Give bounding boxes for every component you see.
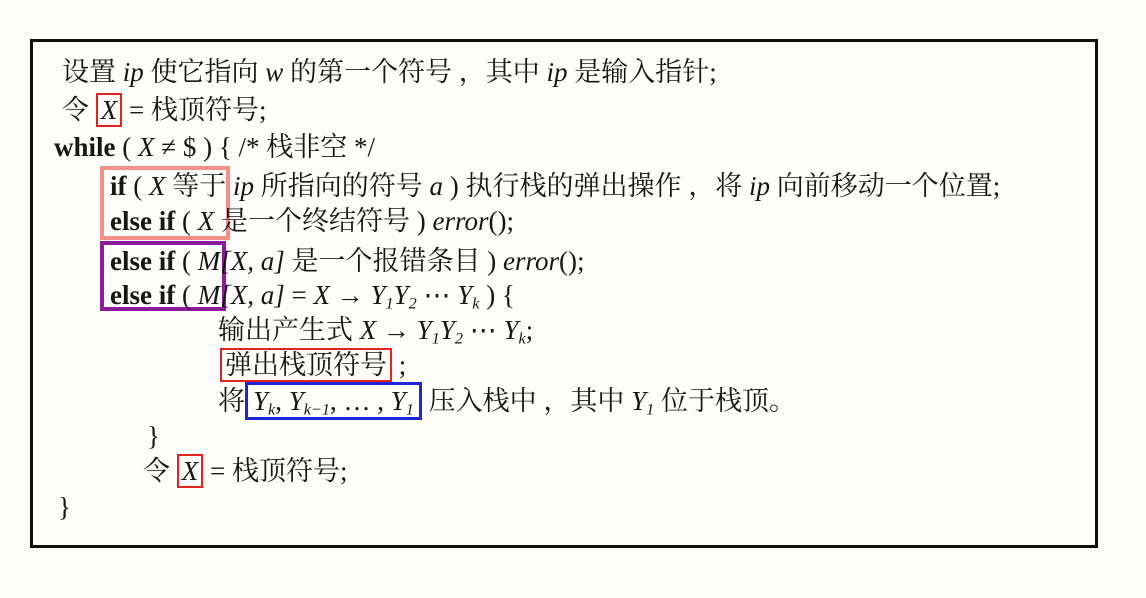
subscript: 1 <box>646 401 654 419</box>
cjk-text: 是输入指针; <box>568 57 717 87</box>
variable-Y: Y <box>417 315 432 345</box>
variable-ip: ip <box>749 171 770 201</box>
comment-text: /* 栈非空 */ <box>239 132 376 162</box>
code-line: 设置 ip 使它指向 w 的第一个符号 ，其中 ip 是输入指针; <box>62 57 717 87</box>
variable-X: X <box>138 132 155 162</box>
table-entry-MXa: M[X, a] <box>198 246 285 276</box>
subscript: k−1 <box>304 401 330 419</box>
subscript: 2 <box>409 295 417 313</box>
ellipsis-symbol: ⋯ <box>463 315 504 345</box>
function-error: error <box>503 246 559 276</box>
variable-Y: Y <box>440 315 455 345</box>
variable-Y: Y <box>289 386 304 416</box>
code-line: if ( X 等于 ip 所指向的符号 a ) 执行栈的弹出操作 ，将 ip 向… <box>110 171 1000 201</box>
function-error: error <box>432 206 488 236</box>
code-line: 将Yk, Yk−1, … , Y1 压入栈中 ，其中 Y1 位于栈顶。 <box>218 386 796 425</box>
code-line: else if ( M[X, a] = X → Y1Y2 ⋯ Yk ) { <box>110 280 515 319</box>
variable-Y: Y <box>504 315 519 345</box>
cjk-text: 执行栈的弹出操作 ，将 <box>466 171 750 201</box>
variable-Y: Y <box>391 386 406 416</box>
code-line: else if ( X 是一个终结符号 ) error(); <box>110 206 514 236</box>
subscript: 1 <box>386 295 394 313</box>
operator-text: ( <box>175 206 198 236</box>
operator-text: ( <box>175 246 198 276</box>
keyword-else-if: else if <box>110 246 175 276</box>
operator-text: ) { <box>479 280 514 310</box>
cjk-text: 所指向的符号 <box>254 171 430 201</box>
red-highlight-box-X: X <box>96 93 123 127</box>
code-line: while ( X ≠ $ ) { /* 栈非空 */ <box>54 132 375 162</box>
variable-a: a <box>430 171 444 201</box>
operator-text: = <box>285 280 314 310</box>
red-highlight-box-pop: 弹出栈顶符号 <box>220 348 392 382</box>
cjk-text: 使它指向 <box>144 57 266 87</box>
subscript: 1 <box>432 330 440 348</box>
operator-text: = <box>203 456 232 486</box>
table-entry-MXa: M[X, a] <box>198 280 285 310</box>
closing-brace: } <box>58 492 71 522</box>
code-line: } <box>58 492 71 522</box>
cjk-text: 压入栈中 ，其中 <box>422 386 631 416</box>
operator-text: ( <box>116 132 139 162</box>
operator-text: (); <box>559 246 584 276</box>
cjk-text: 等于 <box>166 171 234 201</box>
variable-Y: Y <box>370 280 385 310</box>
keyword-else-if: else if <box>110 206 175 236</box>
cjk-text: 的第一个符号 ，其中 <box>283 57 546 87</box>
variable-ip: ip <box>123 57 144 87</box>
keyword-while: while <box>54 132 116 162</box>
operator-text: ( <box>175 280 198 310</box>
variable-w: w <box>265 57 283 87</box>
variable-X: X <box>149 171 166 201</box>
variable-X: X <box>313 280 330 310</box>
operator-text: ≠ $ ) { <box>155 132 239 162</box>
cjk-text: 向前移动一个位置; <box>770 171 1000 201</box>
operator-text: ; <box>526 315 534 345</box>
cjk-text: 是一个终结符号 ) <box>214 206 432 236</box>
variable-X: X <box>360 315 377 345</box>
scanned-pseudocode-figure: 设置 ip 使它指向 w 的第一个符号 ，其中 ip 是输入指针; 令 X = … <box>0 0 1146 598</box>
arrow-symbol: → <box>330 280 371 310</box>
variable-Y: Y <box>253 386 268 416</box>
subscript: 2 <box>455 330 463 348</box>
code-line: 弹出栈顶符号 ; <box>220 350 406 380</box>
cjk-text: 位于栈顶。 <box>654 386 796 416</box>
arrow-symbol: → <box>376 315 417 345</box>
cjk-text: 将 <box>218 386 245 416</box>
code-line: } <box>147 421 160 451</box>
variable-ip: ip <box>547 57 568 87</box>
ellipsis-symbol: , … , <box>330 386 391 416</box>
blue-highlight-box-symbols: Yk, Yk−1, … , Y1 <box>245 382 422 420</box>
cjk-text: 令 <box>62 95 96 125</box>
code-line: 令 X = 栈顶符号; <box>62 95 267 125</box>
cjk-text: 栈顶符号; <box>151 95 267 125</box>
operator-text: = <box>122 95 151 125</box>
subscript: 1 <box>406 401 414 419</box>
variable-Y: Y <box>631 386 646 416</box>
code-line: 令 X = 栈顶符号; <box>143 456 348 486</box>
operator-text: ( <box>127 171 150 201</box>
red-highlight-box-X: X <box>177 454 204 488</box>
cjk-text: 设置 <box>62 57 123 87</box>
keyword-else-if: else if <box>110 280 175 310</box>
variable-Y: Y <box>457 280 472 310</box>
cjk-text: 栈顶符号; <box>232 456 348 486</box>
keyword-if: if <box>110 171 127 201</box>
cjk-text: 输出产生式 <box>218 315 360 345</box>
cjk-text: 令 <box>143 456 177 486</box>
subscript: k <box>519 330 526 348</box>
variable-X: X <box>198 206 215 236</box>
operator-text: , <box>275 386 289 416</box>
code-line: else if ( M[X, a] 是一个报错条目 ) error(); <box>110 246 584 276</box>
cjk-text: 是一个报错条目 ) <box>285 246 503 276</box>
variable-Y: Y <box>394 280 409 310</box>
operator-text: (); <box>489 206 514 236</box>
operator-text: ) <box>443 171 466 201</box>
closing-brace: } <box>147 421 160 451</box>
ellipsis-symbol: ⋯ <box>417 280 458 310</box>
cjk-text: ; <box>392 350 406 380</box>
variable-ip: ip <box>233 171 254 201</box>
